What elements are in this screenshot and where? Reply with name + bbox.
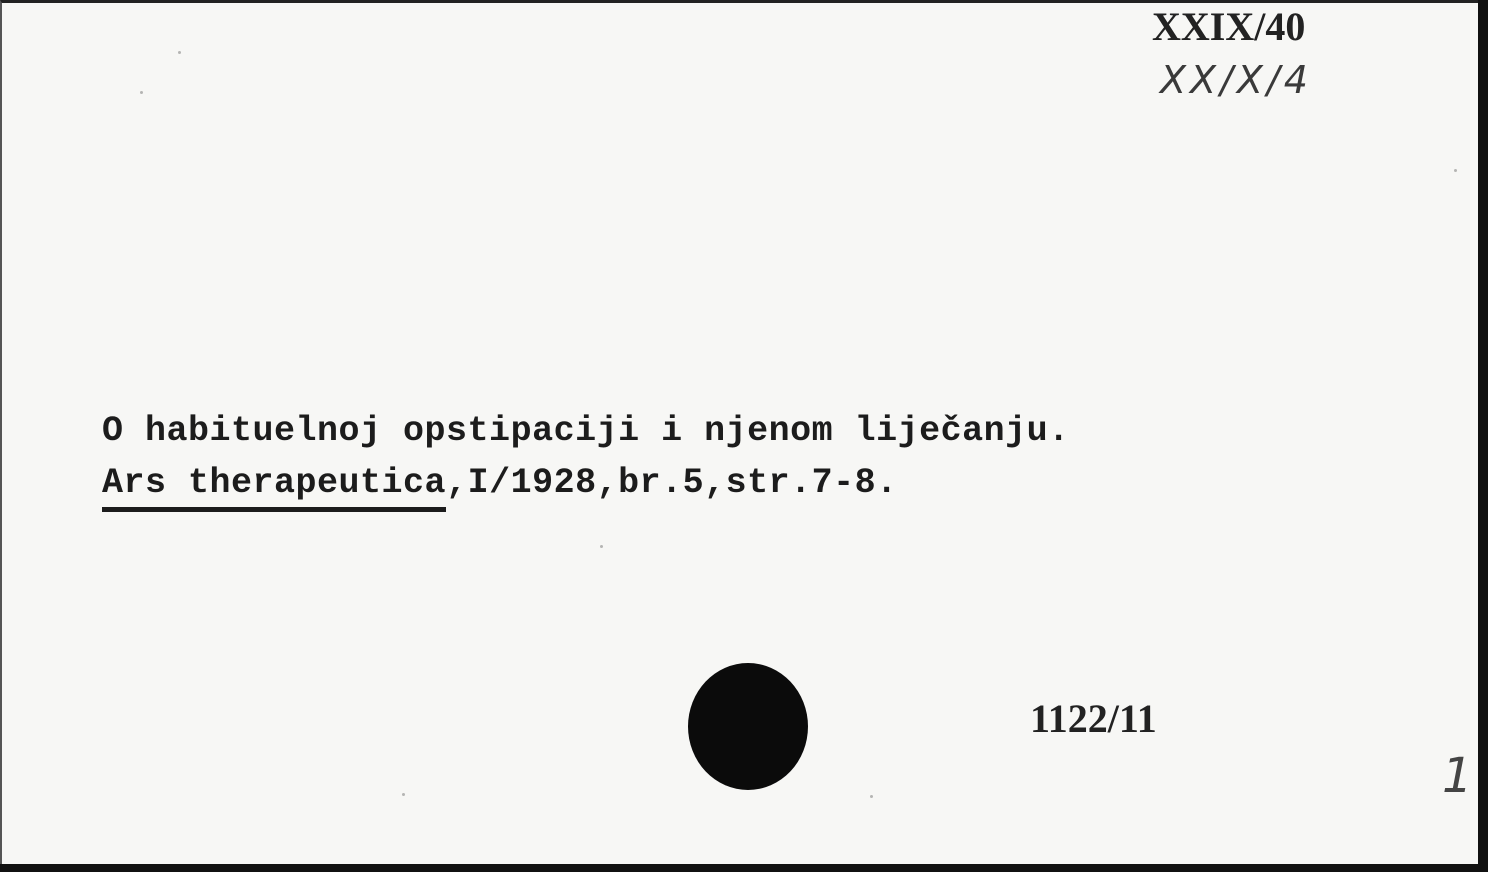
paper-speck bbox=[140, 91, 143, 94]
source-details: ,I/1928,br.5,str.7-8. bbox=[446, 463, 898, 503]
paper-speck bbox=[1454, 169, 1457, 172]
catalog-card: XXIX/40 XX/X/4 O habituelnoj opstipaciji… bbox=[0, 0, 1478, 864]
accession-number: 1122/11 bbox=[1030, 697, 1157, 741]
card-edge-shadow-bottom bbox=[0, 864, 1488, 872]
entry-source: Ars therapeutica,I/1928,br.5,str.7-8. bbox=[102, 463, 898, 503]
punch-hole bbox=[688, 663, 808, 790]
entry-title: O habituelnoj opstipaciji i njenom liječ… bbox=[102, 411, 1070, 451]
paper-speck bbox=[870, 795, 873, 798]
handwritten-mark: 1 bbox=[1442, 751, 1473, 801]
call-number-handwritten: XX/X/4 bbox=[1160, 55, 1312, 105]
source-journal-underlined: Ars therapeutica bbox=[102, 463, 446, 512]
paper-speck bbox=[402, 793, 405, 796]
paper-speck bbox=[600, 545, 603, 548]
call-number-typed: XXIX/40 bbox=[1152, 5, 1305, 49]
card-edge-shadow-right bbox=[1478, 0, 1488, 872]
paper-speck bbox=[178, 51, 181, 54]
